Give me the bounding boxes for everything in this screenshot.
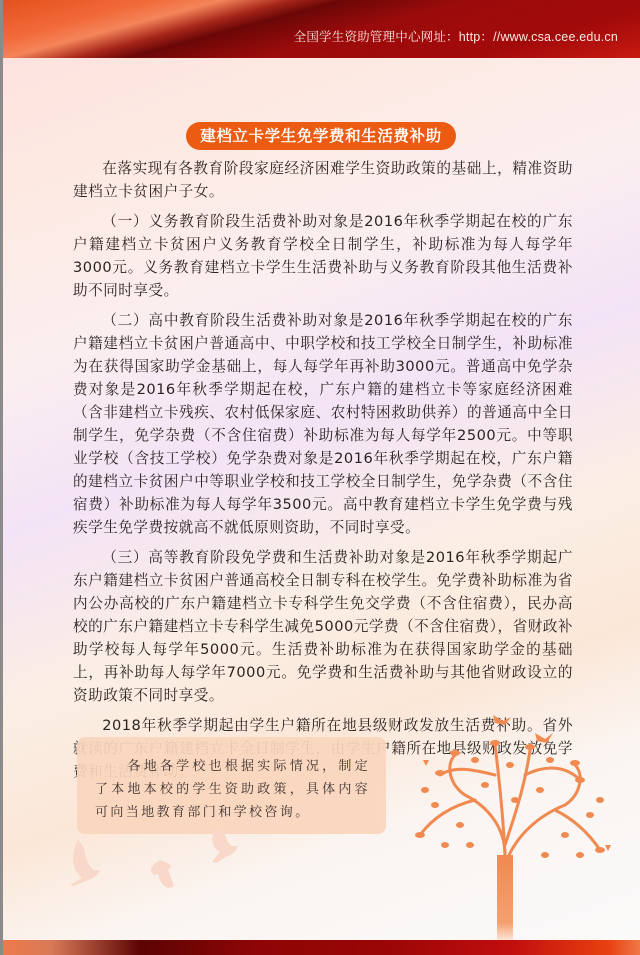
left-edge-stripe [0,0,3,955]
doves-icon [60,830,260,910]
body-text: 在落实现有各教育阶段家庭经济困难学生资助政策的基础上，精准资助建档立卡贫困户子女… [73,157,573,790]
note-box: 各地各学校也根据实际情况，制定了本地本校的学生资助政策，具体内容可向当地教育部门… [77,737,386,834]
footer-banner [0,940,640,955]
tree-icon [405,705,620,940]
note-text: 各地各学校也根据实际情况，制定了本地本校的学生资助政策，具体内容可向当地教育部门… [77,737,386,824]
compulsory-education-paragraph: （一）义务教育阶段生活费补助对象是2016年秋季学期起在校的广东户籍建档立卡贫困… [73,210,573,302]
section-title: 建档立卡学生免学费和生活费补助 [186,122,456,150]
high-school-paragraph: （二）高中教育阶段生活费补助对象是2016年秋季学期起在校的广东户籍建档立卡贫困… [73,309,573,539]
website-url-text: 全国学生资助管理中心网址：http：//www.csa.cee.edu.cn [294,27,618,45]
header-banner: 全国学生资助管理中心网址：http：//www.csa.cee.edu.cn [0,0,640,58]
intro-paragraph: 在落实现有各教育阶段家庭经济困难学生资助政策的基础上，精准资助建档立卡贫困户子女… [73,157,573,203]
higher-education-paragraph: （三）高等教育阶段免学费和生活费补助对象是2016年秋季学期起广东户籍建档立卡贫… [73,546,573,707]
